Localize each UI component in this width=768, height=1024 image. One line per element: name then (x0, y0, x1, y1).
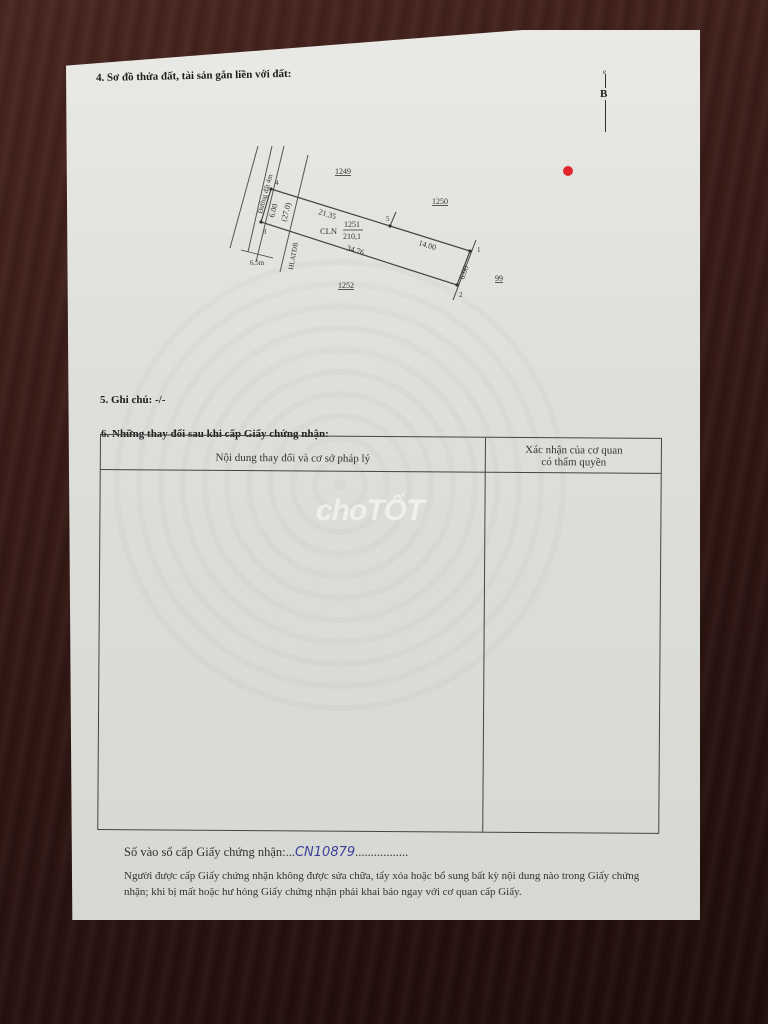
edge-1-2-length: 6.00 (457, 264, 470, 280)
confirmation-cell (484, 473, 661, 833)
road-edge-line (230, 146, 258, 248)
edge-2-3-length: 34.76 (345, 243, 365, 257)
edge-4-5-length: 21.35 (317, 207, 337, 221)
table-header-row: Nội dung thay đổi và cơ sở pháp lý Xác n… (101, 435, 661, 474)
road-width-label: 6.5m (250, 259, 265, 267)
registration-label: Số vào sổ cấp Giấy chứng nhận: (124, 845, 286, 859)
vertex-4-label: 4 (275, 179, 279, 187)
parcel-1250-label: 1250 (432, 197, 448, 206)
column-header-changes: Nội dung thay đổi và cơ sở pháp lý (101, 451, 485, 466)
registration-leader-after: ................. (355, 845, 408, 859)
vertex-2-label: 2 (459, 291, 463, 299)
chotot-watermark: choTỐT (316, 494, 423, 528)
vertex-5-label: 5 (386, 215, 390, 223)
edge-3-4-length: 6.00 (267, 203, 279, 219)
edge-3-4-note: (27.0) (279, 201, 293, 222)
column-header-confirmation-line2: có thẩm quyền (487, 456, 661, 469)
registration-leader: ... (286, 845, 295, 859)
vertex-3-label: 3 (263, 228, 267, 236)
vertex-1-label: 1 (477, 246, 481, 254)
vertex-5-tick (390, 212, 396, 226)
parcel-99-label: 99 (495, 274, 503, 283)
warning-note: Người được cấp Giấy chứng nhận không đượ… (124, 868, 664, 900)
registration-number-line: Số vào sổ cấp Giấy chứng nhận:...CN10879… (124, 845, 408, 860)
parcel-1249-label: 1249 (335, 167, 351, 176)
changes-content-cell (98, 470, 484, 832)
parcel-1252-label: 1252 (338, 281, 354, 290)
section-5-title: 5. Ghi chú: -/- (100, 394, 165, 406)
safety-corridor-label: HLATĐB (287, 241, 300, 270)
registration-number: CN10879 (295, 845, 355, 860)
parcel-area: 210,1 (343, 232, 361, 241)
parcel-diagram: 4 5 1 2 3 1249 1250 1252 99 CLN 1251 210… (0, 0, 768, 400)
parcel-number: 1251 (344, 220, 360, 229)
column-header-confirmation: Xác nhận của cơ quan có thẩm quyền (487, 444, 661, 469)
land-use-code: CLN (320, 226, 337, 236)
